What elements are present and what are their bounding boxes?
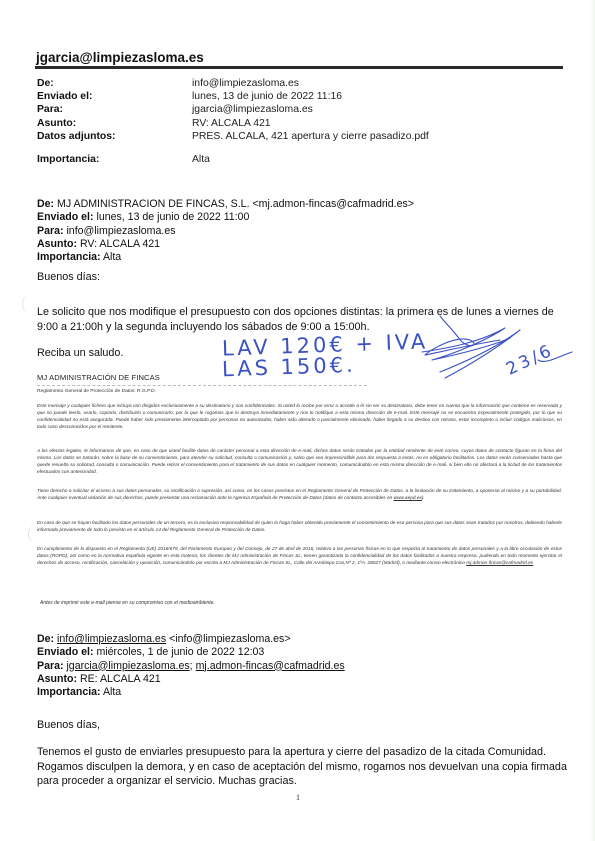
legal-paragraph-third-party: En caso de que se hayan facilitado los d… — [37, 520, 562, 534]
orig-sent-line: Enviado el: miércoles, 1 de junio de 202… — [37, 646, 345, 659]
label: Asunto: — [37, 673, 77, 685]
orig-to-line: Para: jgarcia@limpiezasloma.es; mj.admon… — [37, 660, 345, 673]
fwd-to-line: Para: info@limpiezasloma.es — [37, 225, 414, 238]
fwd-from-line: De: MJ ADMINISTRACION DE FINCAS, S.L. <m… — [37, 198, 414, 211]
page-number: 1 — [296, 793, 300, 802]
to-email-link[interactable]: mj.admon-fincas@cafmadrid.es — [196, 660, 345, 672]
header-row-sent: Enviado el: lunes, 13 de junio de 2022 1… — [37, 90, 429, 103]
scan-edge — [589, 0, 595, 841]
label: Importancia: — [37, 686, 101, 698]
header-row-importance: Importancia: Alta — [37, 153, 429, 166]
value: miércoles, 1 de junio de 2022 12:03 — [96, 646, 264, 658]
header-row-subject: Asunto: RV: ALCALA 421 — [37, 117, 429, 130]
orig-from-line: De: info@limpiezasloma.es <info@limpieza… — [37, 633, 345, 646]
eco-note: Antes de imprimir este e-mail piense en … — [40, 600, 215, 606]
orig-importance-line: Importancia: Alta — [37, 686, 345, 699]
value: lunes, 13 de junio de 2022 11:00 — [96, 211, 249, 223]
header-label: Datos adjuntos: — [37, 130, 192, 143]
label: De: — [37, 198, 54, 210]
label: Enviado el: — [37, 646, 94, 658]
punch-hole-mark — [22, 296, 33, 312]
mailbox-owner-title: jgarcia@limpiezasloma.es — [36, 50, 204, 65]
value: Alta — [103, 251, 121, 263]
value: RE: ALCALA 421 — [80, 673, 161, 685]
header-label: Importancia: — [37, 153, 192, 166]
header-label: Enviado el: — [37, 90, 192, 103]
rgpd-title: Reglamento General de Protección de Dato… — [37, 389, 156, 394]
legal-paragraph-rights: Tiene derecho a solicitar el acceso a su… — [37, 488, 562, 502]
separator: ; — [190, 660, 193, 672]
header-value: info@limpiezasloma.es — [192, 77, 299, 90]
label: Para: — [37, 660, 64, 672]
header-row-to: Para: jgarcia@limpiezasloma.es — [37, 103, 429, 116]
legal-paragraph-confidentiality: Este mensaje y cualquier fichero que inc… — [37, 403, 562, 431]
to-email-link[interactable]: jgarcia@limpiezasloma.es — [66, 660, 189, 672]
email-printout-page: jgarcia@limpiezasloma.es De: info@limpie… — [0, 0, 595, 841]
original-message-header: De: info@limpiezasloma.es <info@limpieza… — [37, 633, 345, 699]
label: Enviado el: — [37, 211, 94, 223]
fwd-closing: Reciba un saludo. — [37, 346, 237, 361]
legal-text: ). — [422, 496, 425, 501]
label: De: — [37, 633, 54, 645]
legal-paragraph-compliance: En cumplimiento de lo dispuesto en el Re… — [37, 546, 562, 567]
value: Alta — [103, 686, 121, 698]
label: Para: — [37, 225, 64, 237]
header-value: jgarcia@limpiezasloma.es — [192, 103, 313, 116]
header-label: De: — [37, 77, 192, 90]
orig-greeting: Buenos días, — [37, 718, 557, 733]
value: RV: ALCALA 421 — [80, 238, 160, 250]
title-divider — [35, 66, 563, 69]
header-value: lunes, 13 de junio de 2022 11:16 — [192, 90, 342, 103]
handwritten-price-saturdays: LAS 150€. — [222, 353, 356, 382]
value: <info@limpiezasloma.es> — [169, 633, 290, 645]
outer-email-header: De: info@limpiezasloma.es Enviado el: lu… — [37, 77, 429, 166]
fwd-sent-line: Enviado el: lunes, 13 de junio de 2022 1… — [37, 211, 414, 224]
aepd-link[interactable]: www.aepd.es — [394, 496, 422, 501]
fwd-body: Le solicito que nos modifique el presupu… — [37, 305, 562, 334]
from-email-link[interactable]: info@limpiezasloma.es — [57, 633, 166, 645]
orig-body: Tenemos el gusto de enviarles presupuest… — [37, 745, 567, 789]
label: Importancia: — [37, 251, 101, 263]
value: info@limpiezasloma.es — [66, 225, 175, 237]
legal-paragraph-data-use: A los efectos legales, le informamos de … — [37, 448, 562, 476]
header-label: Para: — [37, 103, 192, 116]
fwd-subject-line: Asunto: RV: ALCALA 421 — [37, 238, 414, 251]
forwarded-message-header: De: MJ ADMINISTRACION DE FINCAS, S.L. <m… — [37, 198, 414, 264]
value: MJ ADMINISTRACION DE FINCAS, S.L. <mj.ad… — [57, 198, 414, 210]
signature-divider — [37, 385, 367, 386]
header-label: Asunto: — [37, 117, 192, 130]
handwritten-date: 23/6 — [503, 340, 557, 379]
header-row-attachments: Datos adjuntos: PRES. ALCALA, 421 apertu… — [37, 130, 429, 143]
attachment-filename: PRES. ALCALA, 421 apertura y cierre pasa… — [192, 130, 429, 143]
header-value: RV: ALCALA 421 — [192, 117, 271, 130]
email-link[interactable]: mj.admon-fincas@cafmadrid.es — [466, 561, 533, 566]
orig-subject-line: Asunto: RE: ALCALA 421 — [37, 673, 345, 686]
header-value: Alta — [192, 153, 210, 166]
fwd-signature: MJ ADMINISTRACIÓN DE FINCAS — [37, 373, 160, 382]
header-row-from: De: info@limpiezasloma.es — [37, 77, 429, 90]
fwd-importance-line: Importancia: Alta — [37, 251, 414, 264]
fwd-greeting: Buenos días: — [37, 270, 557, 285]
label: Asunto: — [37, 238, 77, 250]
legal-text: Tiene derecho a solicitar el acceso a su… — [37, 489, 562, 501]
